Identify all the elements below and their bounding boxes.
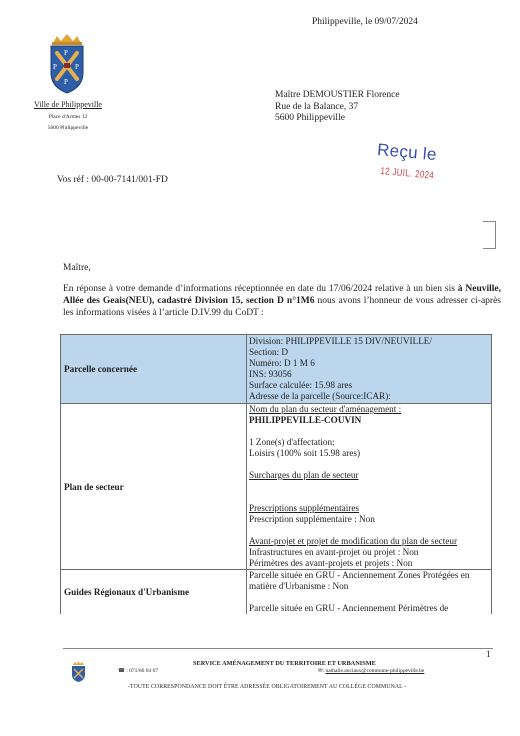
city-address-line2: 5600 Philippeville	[20, 125, 116, 131]
plan-name-heading: Nom du plan du secteur d'aménagement :	[249, 404, 489, 415]
row-label-parcelle: Parcelle concernée	[61, 335, 247, 404]
city-address-line1: Place d'Armes 12	[20, 114, 116, 120]
parcelle-section: Section: D	[249, 347, 489, 358]
row-value-parcelle: Division: PHILIPPEVILLE 15 DIV/NEUVILLE/…	[247, 335, 492, 404]
intro-text-1: En réponse à votre demande d’information…	[63, 284, 458, 294]
zones-heading: 1 Zone(s) d'affectation:	[249, 437, 489, 448]
recipient-address: Maître DEMOUSTIER Florence Rue de la Bal…	[275, 90, 400, 125]
svg-text:P: P	[75, 63, 79, 71]
recipient-city: 5600 Philippeville	[275, 113, 400, 125]
footer-phone-number: : 071/66 04 07	[126, 668, 158, 674]
footer-divider	[63, 648, 493, 649]
parcelle-ins: INS: 93056	[249, 369, 489, 380]
svg-text:P: P	[64, 49, 68, 57]
perimetres-value: Périmètres des avant-projets et projets …	[249, 558, 489, 569]
coat-of-arms-icon: P P P P	[47, 33, 87, 95]
prescriptions-value: Prescription supplémentaire : Non	[249, 514, 489, 525]
gru-zones-protegees: Parcelle située en GRU - Anciennement Zo…	[249, 570, 489, 592]
avant-projet-heading: Avant-projet et projet de modification d…	[249, 536, 489, 547]
parcelle-division: Division: PHILIPPEVILLE 15 DIV/NEUVILLE/	[249, 336, 489, 347]
footer-email-link[interactable]: nathalie.anciaux@commune-philippeville.b…	[326, 668, 425, 674]
svg-text:P: P	[64, 78, 68, 86]
recipient-street: Rue de la Balance, 37	[275, 102, 400, 114]
table-row-parcelle: Parcelle concernée Division: PHILIPPEVIL…	[61, 335, 492, 404]
gru-perimetres: Parcelle située en GRU - Anciennement Pé…	[249, 603, 489, 614]
letter-date: Philippeville, le 09/07/2024	[312, 17, 418, 27]
bracket-mark	[483, 221, 496, 249]
parcel-info-table: Parcelle concernée Division: PHILIPPEVIL…	[60, 334, 492, 614]
table-row-guides: Guides Régionaux d'Urbanisme Parcelle si…	[61, 570, 492, 615]
city-name: Ville de Philippeville	[20, 100, 116, 109]
surcharges-heading: Surcharges du plan de secteur	[249, 470, 489, 481]
footer-phone: ☎ : 071/66 04 07	[118, 668, 158, 674]
infrastructures-value: Infrastructures en avant-projet ou proje…	[249, 547, 489, 558]
parcelle-surface: Surface calculée: 15.98 ares	[249, 380, 489, 391]
parcelle-adresse: Adresse de la parcelle (Source:ICAR):	[249, 391, 489, 402]
received-stamp-date: 12 JUIL. 2024	[380, 166, 434, 182]
zones-value: Loisirs (100% soit 15.98 ares)	[249, 448, 489, 459]
parcelle-numero: Numéro: D 1 M 6	[249, 358, 489, 369]
phone-icon: ☎	[118, 668, 125, 674]
recipient-name: Maître DEMOUSTIER Florence	[275, 90, 400, 102]
page-number: 1	[486, 649, 491, 659]
row-value-guides: Parcelle située en GRU - Anciennement Zo…	[247, 570, 492, 615]
row-label-plan-secteur: Plan de secteur	[61, 404, 247, 570]
intro-paragraph: En réponse à votre demande d’information…	[63, 284, 501, 319]
footer-service-title: SERVICE AMÉNAGEMENT DU TERRITOIRE ET URB…	[193, 660, 376, 667]
reference-number: Vos réf : 00-00-7141/001-FD	[57, 175, 168, 185]
plan-name: PHILIPPEVILLE-COUVIN	[249, 415, 489, 426]
footer-email: ✉: nathalie.anciaux@commune-philippevill…	[318, 668, 424, 674]
received-stamp-title: Reçu le	[376, 140, 437, 165]
table-row-plan-secteur: Plan de secteur Nom du plan du secteur d…	[61, 404, 492, 570]
row-value-plan-secteur: Nom du plan du secteur d'aménagement : P…	[247, 404, 492, 570]
salutation: Maître,	[63, 263, 91, 273]
svg-text:P: P	[53, 63, 57, 71]
footer-correspondence-note: -TOUTE CORRESPONDANCE DOIT ÊTRE ADRESSÉE…	[128, 684, 406, 690]
row-label-guides: Guides Régionaux d'Urbanisme	[61, 570, 247, 615]
prescriptions-heading: Prescriptions supplémentaires	[249, 503, 489, 514]
footer-coat-of-arms-icon	[71, 661, 86, 683]
sender-block: Ville de Philippeville Place d'Armes 12 …	[20, 100, 116, 131]
